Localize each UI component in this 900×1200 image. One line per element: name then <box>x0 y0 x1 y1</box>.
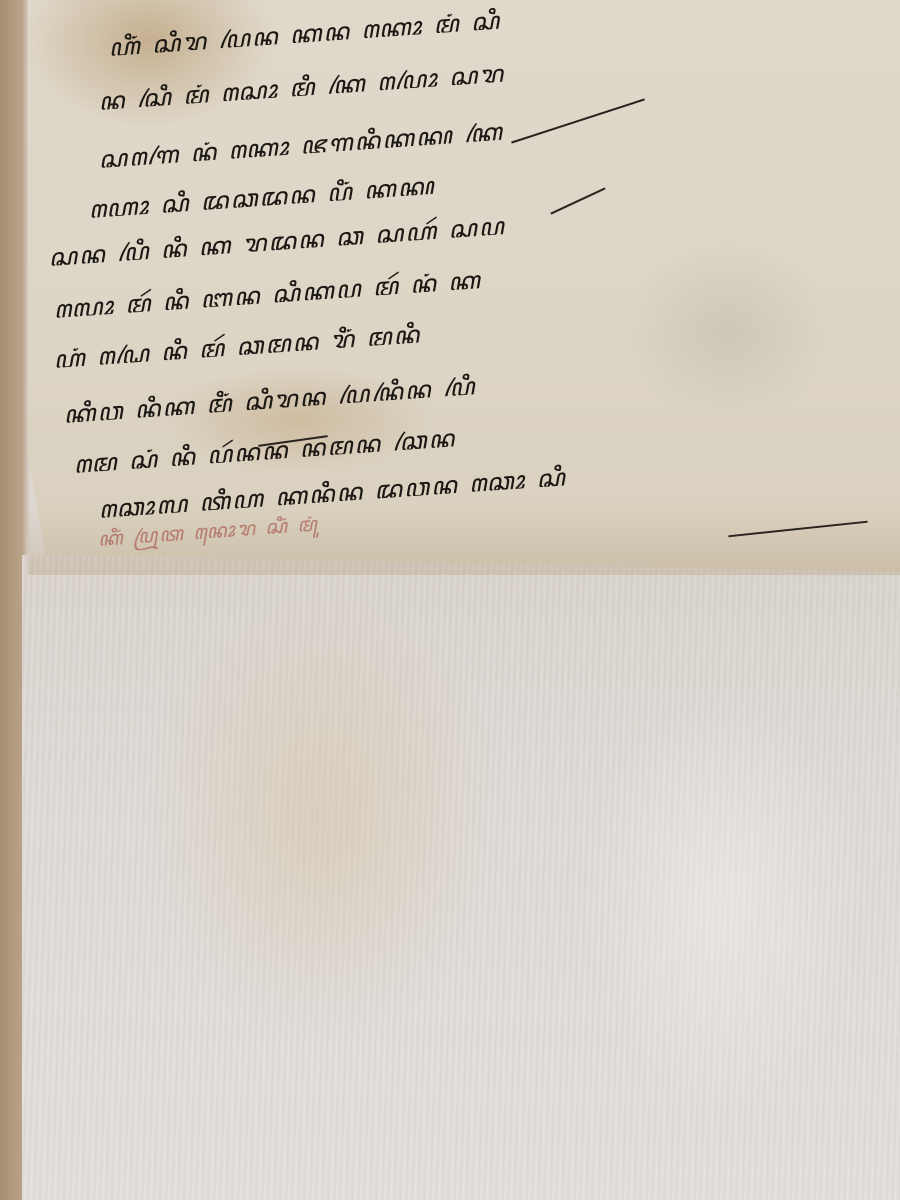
ink-stroke <box>728 521 867 538</box>
blank-backing-paper <box>22 555 900 1200</box>
manuscript-text-block: ꦲꦶꦁ ꦱꦶꦫ ꦥꦿꦤ ꦏꦤ꧀ꦝ ꦏꦺꦴ ꦩꦸꦁ ꦱꦶ ꦤ ꦱꦿꦶ ꦩꦸꦁ ꦱꦺ… <box>28 0 900 572</box>
